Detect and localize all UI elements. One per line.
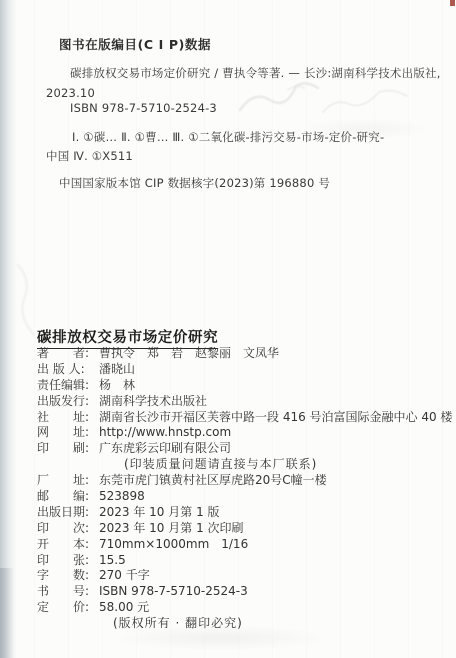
- red-corner-mark: [450, 0, 455, 6]
- row-value: 523898: [99, 489, 145, 505]
- row-address: 社 址: 湖南省长沙市开福区芙蓉中路一段 416 号泊富国际金融中心 40 楼: [37, 410, 452, 426]
- row-value: 58.00 元: [99, 600, 149, 616]
- row-value: 270 千字: [99, 568, 150, 584]
- row-value: 潘晓山: [99, 362, 135, 378]
- row-label: 书 号:: [37, 584, 99, 600]
- row-publisher: 出版发行: 湖南科学技术出版社: [37, 394, 452, 410]
- cip-classification-line1: Ⅰ. ①碳… Ⅱ. ①曹… Ⅲ. ①二氧化碳-排污交易-市场-定价-研究-: [72, 129, 384, 145]
- colophon-rows: 著 者: 曹执令 郑 岩 赵黎丽 文凤华 出 版 人: 潘晓山 责任编辑: 杨 …: [37, 346, 452, 632]
- row-value: 710mm×1000mm 1/16: [99, 537, 248, 553]
- row-label: 出版日期:: [37, 505, 99, 521]
- row-label: 社 址:: [37, 410, 99, 426]
- row-value: 湖南科学技术出版社: [99, 394, 207, 410]
- row-printed-sheets: 印 张: 15.5: [37, 553, 452, 569]
- row-label: 字 数:: [37, 568, 99, 584]
- row-value: 曹执令 郑 岩 赵黎丽 文凤华: [99, 346, 279, 362]
- cip-classification-line2: 中国 Ⅳ. ①X511: [46, 148, 133, 164]
- row-value: 东莞市虎门镇黄村社区厚虎路20号C幢一楼: [99, 473, 327, 489]
- row-print-quality-note: (印装质量问题请直接与本厂联系): [37, 457, 452, 473]
- row-label: 定 价:: [37, 600, 99, 616]
- row-print-run: 印 次: 2023 年 10 月第 1 次印刷: [37, 521, 452, 537]
- row-format: 开 本: 710mm×1000mm 1/16: [37, 537, 452, 553]
- row-label: 网 址:: [37, 425, 99, 441]
- row-label: 厂 址:: [37, 473, 99, 489]
- scan-edge-shadow-bottom: [0, 568, 14, 658]
- row-label: 印 刷:: [37, 441, 99, 457]
- row-value: 2023 年 10 月第 1 版: [99, 505, 220, 521]
- row-book-number: 书 号: ISBN 978-7-5710-2524-3: [37, 584, 452, 600]
- cip-isbn-line: ISBN 978-7-5710-2524-3: [70, 101, 217, 115]
- row-word-count: 字 数: 270 千字: [37, 568, 452, 584]
- row-value: http://www.hnstp.com: [99, 425, 231, 441]
- row-value: 湖南省长沙市开福区芙蓉中路一段 416 号泊富国际金融中心 40 楼: [99, 410, 452, 426]
- cip-header: 图书在版编目(C I P)数据: [59, 35, 211, 53]
- row-label: 邮 编:: [37, 489, 99, 505]
- row-label: 出版发行:: [37, 394, 99, 410]
- row-publisher-person: 出 版 人: 潘晓山: [37, 362, 452, 378]
- row-value: ISBN 978-7-5710-2524-3: [99, 584, 248, 600]
- cip-entry-line1: 碳排放权交易市场定价研究 / 曹执令等著. — 长沙:湖南科学技术出版社,: [70, 65, 441, 81]
- row-publication-date: 出版日期: 2023 年 10 月第 1 版: [37, 505, 452, 521]
- row-value: 杨 林: [99, 378, 135, 394]
- row-label: 著 者:: [37, 346, 99, 362]
- row-label: 责任编辑:: [37, 378, 99, 394]
- row-editor: 责任编辑: 杨 林: [37, 378, 452, 394]
- row-copyright-note: (版权所有 · 翻印必究): [37, 616, 452, 632]
- book-copyright-page: 图书在版编目(C I P)数据 碳排放权交易市场定价研究 / 曹执令等著. — …: [0, 0, 456, 658]
- cip-entry-line2: 2023.10: [46, 86, 95, 100]
- row-value: (印装质量问题请直接与本厂联系): [124, 457, 317, 473]
- row-label: 印 张:: [37, 553, 99, 569]
- row-printer: 印 刷: 广东虎彩云印刷有限公司: [37, 441, 452, 457]
- row-price: 定 价: 58.00 元: [37, 600, 452, 616]
- row-label: 开 本:: [37, 537, 99, 553]
- row-value: 2023 年 10 月第 1 次印刷: [99, 521, 244, 537]
- row-factory-address: 厂 址: 东莞市虎门镇黄村社区厚虎路20号C幢一楼: [37, 473, 452, 489]
- row-postcode: 邮 编: 523898: [37, 489, 452, 505]
- row-value: 广东虎彩云印刷有限公司: [99, 441, 231, 457]
- row-website: 网 址: http://www.hnstp.com: [37, 425, 452, 441]
- cip-record-number: 中国国家版本馆 CIP 数据核字(2023)第 196880 号: [59, 175, 330, 191]
- row-label: 出 版 人:: [37, 362, 99, 378]
- row-value: (版权所有 · 翻印必究): [113, 616, 243, 632]
- row-value: 15.5: [99, 553, 126, 569]
- row-author: 著 者: 曹执令 郑 岩 赵黎丽 文凤华: [37, 346, 452, 362]
- row-label: 印 次:: [37, 521, 99, 537]
